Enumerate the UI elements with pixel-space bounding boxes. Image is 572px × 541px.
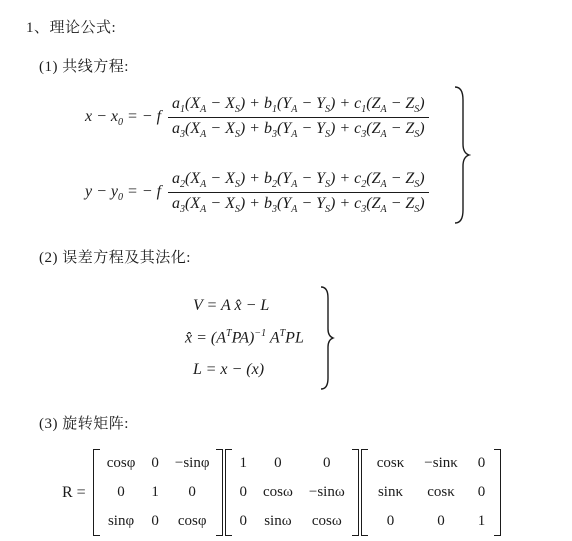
matrix-cell: 0 <box>117 483 125 502</box>
matrix-cell: 1 <box>151 483 159 502</box>
matrix-cell: cosφ <box>178 512 207 531</box>
matrix-left-bracket <box>225 449 232 536</box>
matrix-cell: cosω <box>312 512 342 531</box>
matrix-cell: 1 <box>478 512 486 531</box>
matrix-cell: 0 <box>239 512 247 531</box>
document-page: 1、理论公式: (1) 共线方程: x − x0 = − f a1(XA − X… <box>0 0 572 541</box>
matrix-cell: cosκ <box>377 454 405 473</box>
matrix-cell: sinφ <box>108 512 134 531</box>
rotation-lhs: R = <box>62 484 86 502</box>
matrix-cell: −sinκ <box>424 454 458 473</box>
collinearity-eq-y: y − y0 = − f a2(XA − XS) + b2(YA − YS) +… <box>85 169 429 216</box>
eq-y-denominator: a3(XA − XS) + b3(YA − YS) + c3(ZA − ZS) <box>168 193 429 216</box>
matrix-cell: 0 <box>151 454 159 473</box>
matrix-cell: −sinω <box>309 483 345 502</box>
matrix-right-bracket <box>494 449 501 536</box>
eq-y-numerator: a2(XA − XS) + b2(YA − YS) + c2(ZA − ZS) <box>168 169 429 193</box>
matrix-cell: −sinφ <box>175 454 210 473</box>
rotation-matrix-equation: R = cosφ 0 −sinφ 0 1 0 sinφ 0 cosφ 1 0 0 <box>62 449 503 536</box>
error-eq-line3: L = x − (x) <box>193 361 264 379</box>
heading-error-normalization: (2) 误差方程及其法化: <box>39 246 191 267</box>
matrix-cell: 0 <box>239 483 247 502</box>
error-right-brace-icon <box>319 286 335 390</box>
matrix-kappa: cosκ −sinκ 0 sinκ cosκ 0 0 0 1 <box>361 449 502 536</box>
matrix-cell: 0 <box>478 454 486 473</box>
matrix-cell: 0 <box>387 512 395 531</box>
heading-collinearity: (1) 共线方程: <box>39 55 129 76</box>
heading-rotation-matrix: (3) 旋转矩阵: <box>39 412 129 433</box>
matrix-cell: sinκ <box>378 483 403 502</box>
matrix-left-bracket <box>361 449 368 536</box>
matrix-omega: 1 0 0 0 cosω −sinω 0 sinω cosω <box>225 449 358 536</box>
matrix-cell: 0 <box>437 512 445 531</box>
eq-y-lhs: y − y0 = − f <box>85 183 161 203</box>
doc-title: 1、理论公式: <box>26 16 116 37</box>
matrix-cell: 0 <box>151 512 159 531</box>
error-equations-block: V = A x̂ − L x̂ = (ATPA)−1 ATPL L = x − … <box>185 290 304 386</box>
matrix-phi-cells: cosφ 0 −sinφ 0 1 0 sinφ 0 cosφ <box>100 449 217 536</box>
matrix-cell: 0 <box>478 483 486 502</box>
matrix-cell: sinω <box>264 512 291 531</box>
collinearity-eq-x: x − x0 = − f a1(XA − XS) + b1(YA − YS) +… <box>85 94 429 141</box>
error-eq-line2: x̂ = (ATPA)−1 ATPL <box>185 328 304 347</box>
error-eq-line1: V = A x̂ − L <box>193 297 269 315</box>
eq-x-denominator: a3(XA − XS) + b3(YA − YS) + c3(ZA − ZS) <box>168 118 429 141</box>
matrix-cell: cosκ <box>427 483 455 502</box>
eq-x-numerator: a1(XA − XS) + b1(YA − YS) + c1(ZA − ZS) <box>168 94 429 118</box>
matrix-right-bracket <box>352 449 359 536</box>
matrix-right-bracket <box>216 449 223 536</box>
matrix-cell: 0 <box>323 454 331 473</box>
matrix-omega-cells: 1 0 0 0 cosω −sinω 0 sinω cosω <box>232 449 351 536</box>
eq-x-lhs: x − x0 = − f <box>85 108 161 128</box>
matrix-cell: 0 <box>188 483 196 502</box>
eq-y-fraction: a2(XA − XS) + b2(YA − YS) + c2(ZA − ZS) … <box>168 169 429 216</box>
eq-x-fraction: a1(XA − XS) + b1(YA − YS) + c1(ZA − ZS) … <box>168 94 429 141</box>
matrix-cell: 1 <box>239 454 247 473</box>
matrix-kappa-cells: cosκ −sinκ 0 sinκ cosκ 0 0 0 1 <box>368 449 495 536</box>
matrix-left-bracket <box>93 449 100 536</box>
matrix-cell: cosω <box>263 483 293 502</box>
matrix-phi: cosφ 0 −sinφ 0 1 0 sinφ 0 cosφ <box>93 449 224 536</box>
matrix-cell: 0 <box>274 454 282 473</box>
collinearity-right-brace-icon <box>453 86 471 224</box>
matrix-cell: cosφ <box>107 454 136 473</box>
